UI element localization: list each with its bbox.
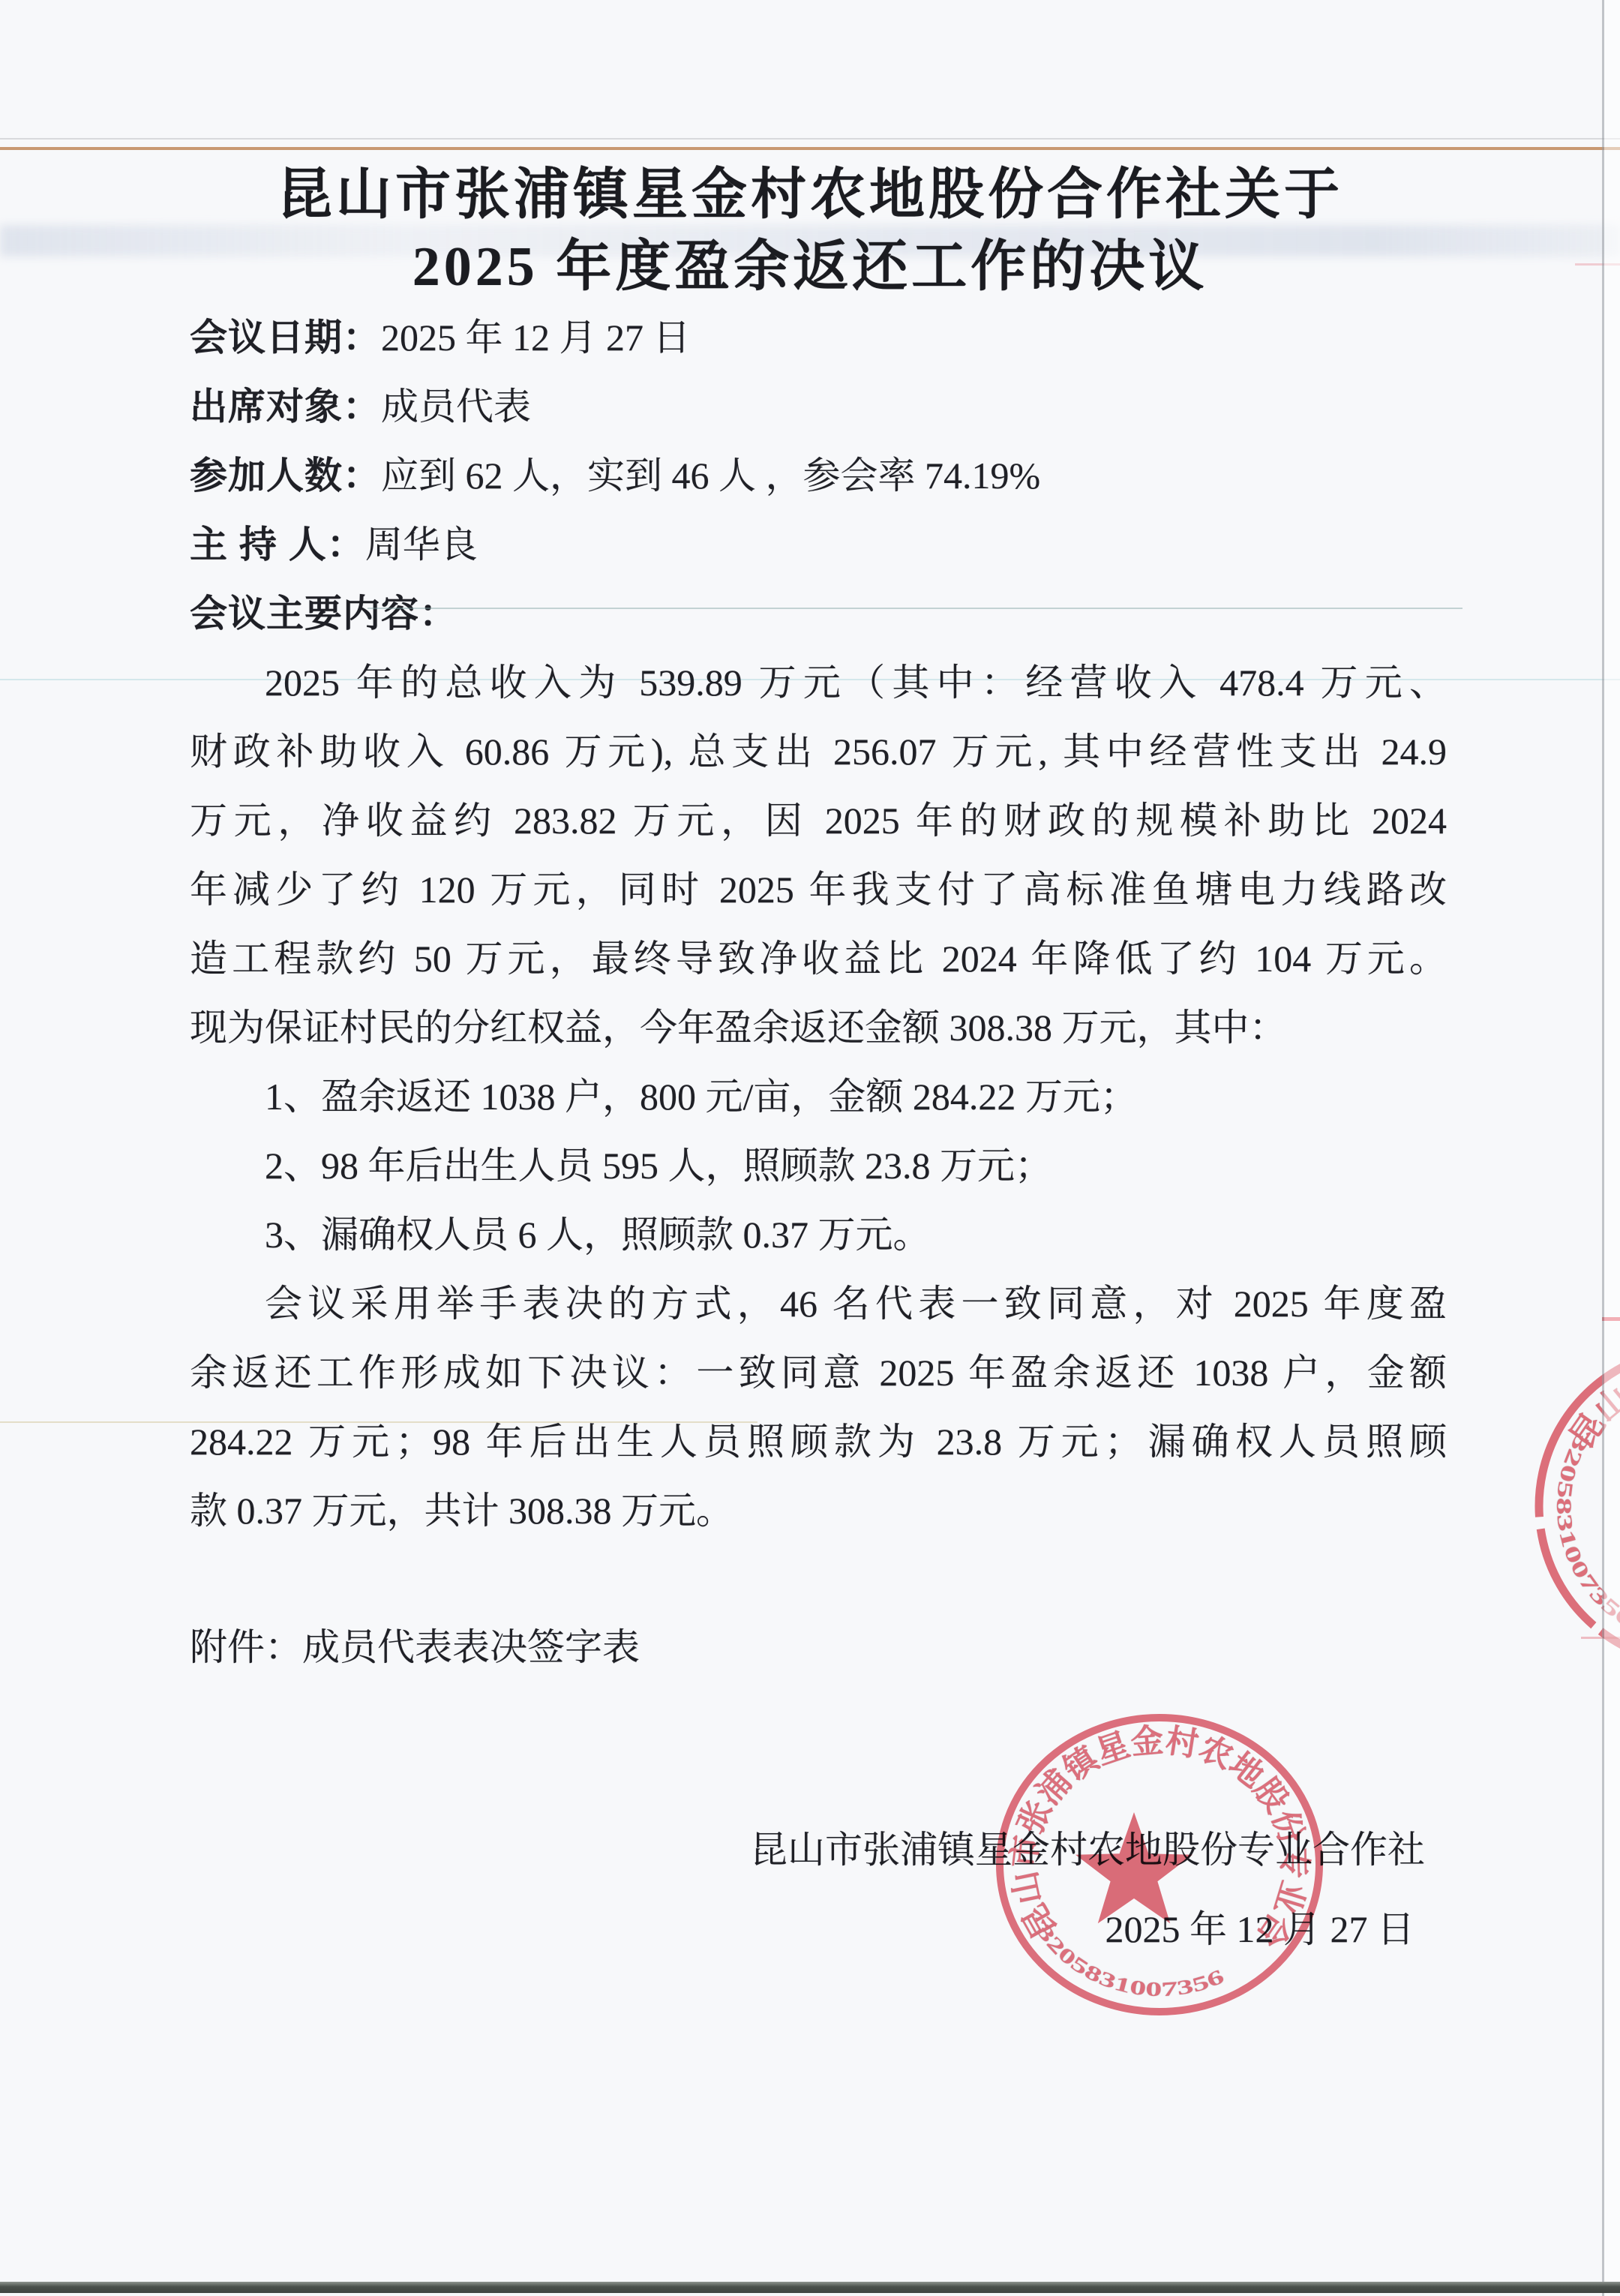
partial-stamp: 昆山市张浦镇星金村农地股份专业合作社 3205831007356 [1520, 1330, 1620, 1682]
meta-row-date: 会议日期：2025 年 12 月 27 日 [190, 303, 1447, 372]
body-line: 284.22 万元；98 年后出生人员照顾款为 23.8 万元；漏确权人员照顾 [190, 1407, 1447, 1476]
document-title-line-1: 昆山市张浦镇星金村农地股份合作社关于 [0, 161, 1620, 230]
document-title-line-2: 2025 年度盈余返还工作的决议 [0, 233, 1620, 302]
attachment-line: 附件：成员代表表决签字表 [190, 1613, 1447, 1682]
meta-row-participation: 参加人数：应到 62 人，实到 46 人 ，参会率 74.19% [190, 441, 1447, 510]
page-edge-line [1602, 0, 1604, 2296]
meta-value: 成员代表 [381, 386, 531, 428]
list-item: 3、漏确权人员 6 人，照顾款 0.37 万元。 [190, 1200, 1447, 1269]
official-stamp: 昆山市张浦镇星金村农地股份专业合作社 3205831007356 [987, 1688, 1332, 2033]
body-line: 会议采用举手表决的方式，46 名代表一致同意，对 2025 年度盈 [190, 1269, 1447, 1338]
stamp-star-icon [1075, 1812, 1192, 1923]
list-item: 1、盈余返还 1038 户，800 元/亩，金额 284.22 万元； [190, 1062, 1447, 1131]
svg-text:3205831007356: 3205831007356 [1520, 1424, 1620, 1643]
body-line: 年减少了约 120 万元，同时 2025 年我支付了高标准鱼塘电力线路改 [190, 855, 1447, 924]
stamp-ring-text: 昆山市张浦镇星金村农地股份专业合作社 [987, 1688, 1312, 1954]
meta-label: 出席对象： [190, 386, 381, 428]
scanner-line-grey [0, 138, 1620, 140]
body-line: 2025 年的总收入为 539.89 万元（其中：经营收入 478.4 万元、 [190, 648, 1447, 717]
svg-text:昆山市张浦镇星金村农地股份专业合作社: 昆山市张浦镇星金村农地股份专业合作社 [987, 1688, 1312, 1954]
stamp-star-icon [1615, 1431, 1620, 1586]
stamp-serial: 3205831007356 [1520, 1424, 1620, 1643]
meta-value: 应到 62 人，实到 46 人 ，参会率 74.19% [381, 455, 1040, 497]
meta-row-main-content: 会议主要内容： [190, 579, 1447, 648]
scanned-document-page: 昆山市张浦镇星金村农地股份合作社关于 2025 年度盈余返还工作的决议 会议日期… [0, 0, 1620, 2296]
body-line: 现为保证村民的分红权益，今年盈余返还金额 308.38 万元，其中： [190, 993, 1447, 1062]
list-item: 2、98 年后出生人员 595 人，照顾款 23.8 万元； [190, 1131, 1447, 1200]
meta-label: 会议主要内容： [190, 593, 457, 635]
scanner-line-orange [0, 147, 1620, 150]
meta-row-attendees: 出席对象：成员代表 [190, 372, 1447, 441]
meta-label: 参加人数： [190, 455, 381, 497]
scanner-red-segment [1602, 1317, 1620, 1321]
meta-value: 周华良 [365, 524, 478, 566]
body-line: 财政补助收入 60.86 万元), 总支出 256.07 万元, 其中经营性支出… [190, 717, 1447, 786]
meta-label: 主 持 人： [190, 524, 365, 566]
stamp-ring-text: 昆山市张浦镇星金村农地股份专业合作社 [1532, 1330, 1620, 1679]
svg-text:昆山市张浦镇星金村农地股份专业合作社: 昆山市张浦镇星金村农地股份专业合作社 [1532, 1330, 1620, 1679]
scanner-bottom-bar [0, 2282, 1620, 2293]
svg-text:3205831007356: 3205831007356 [1032, 1920, 1227, 2001]
body-line: 款 0.37 万元，共计 308.38 万元。 [190, 1476, 1447, 1545]
body-line: 余返还工作形成如下决议：一致同意 2025 年盈余返还 1038 户，金额 [190, 1338, 1447, 1407]
body-line: 万元，净收益约 283.82 万元，因 2025 年的财政的规模补助比 2024 [190, 786, 1447, 855]
meta-label: 会议日期： [190, 317, 381, 359]
stamp-serial: 3205831007356 [1032, 1920, 1227, 2001]
meta-row-host: 主 持 人：周华良 [190, 510, 1447, 579]
body-line: 造工程款约 50 万元，最终导致净收益比 2024 年降低了约 104 万元。 [190, 924, 1447, 993]
meta-value: 2025 年 12 月 27 日 [381, 317, 691, 359]
page-edge-strip [1604, 0, 1620, 2296]
